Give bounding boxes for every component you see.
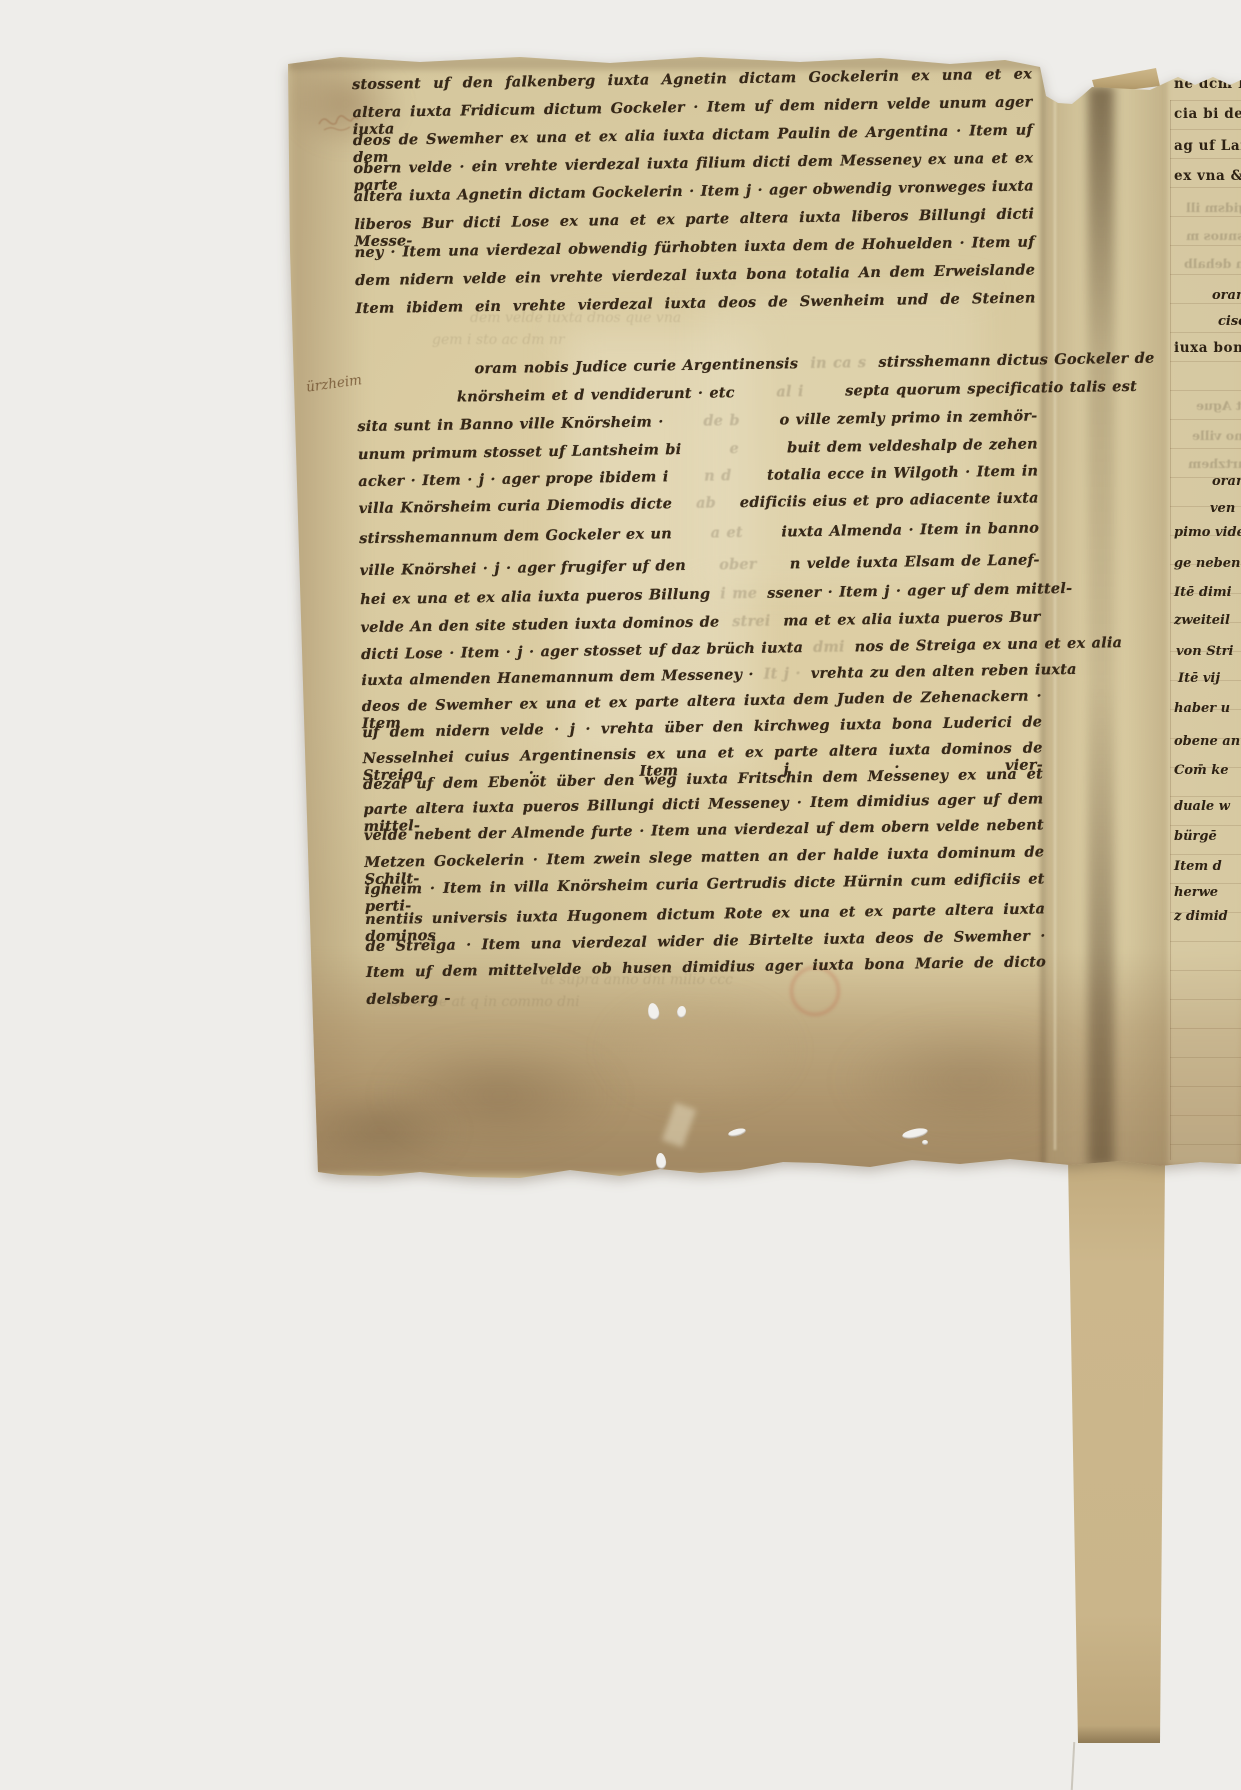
stain-blotch-1 (380, 1040, 620, 1150)
text-line: iuxta almenden Hanemannum dem Messeney ·… (361, 661, 1041, 689)
text-line: stossent uf den falkenberg iuxta Agnetin… (352, 65, 1032, 93)
adjacent-column-line: duale w (1174, 799, 1230, 814)
parchment-sheet: ürzheim dem velde iuxta dnos que vnagem … (0, 0, 1241, 1790)
adjacent-column-line: ge neben (1174, 556, 1240, 571)
adjacent-column-line: haber u (1174, 701, 1230, 716)
text-line: oram nobis Judice curie Argentinensisin … (356, 350, 1154, 380)
charter-text-block: stossent uf den falkenberg iuxta Agnetin… (352, 59, 1047, 1020)
faded-text-segment: n d (704, 467, 732, 484)
ghost-text-line: at Ague (1196, 398, 1241, 413)
faded-text-segment: i me (720, 585, 757, 603)
adjacent-column-line: obene an (1174, 734, 1240, 749)
adjacent-column-line: von Stri (1176, 644, 1233, 659)
fold-crease-highlight (1054, 90, 1056, 1150)
text-line: knörsheim et d vendiderunt · etcal isept… (357, 378, 1137, 407)
adjacent-column-line: ex vna & p (1174, 168, 1241, 184)
text-line: velde An den site studen iuxta dominos d… (360, 608, 1040, 636)
faded-text-segment: strei (732, 613, 770, 631)
adjacent-column-line: oram (1212, 474, 1241, 489)
ghost-text-line: bano ville (1192, 428, 1241, 443)
stain-blotch-3 (840, 1020, 1100, 1140)
text-line: dicti Lose · Item · j · ager stosset uf … (361, 635, 1041, 663)
faded-text-segment: in ca s (810, 354, 866, 372)
adjacent-column-line: z dimid (1174, 909, 1228, 924)
faded-text-segment: It j · (764, 665, 801, 683)
ghost-text-line: gidsm ill (1186, 200, 1241, 215)
adjacent-column-line: bürgē (1174, 829, 1217, 844)
manuscript-scan: ürzheim dem velde iuxta dnos que vnagem … (0, 0, 1241, 1790)
adjacent-column-line: Com̄ ke (1174, 763, 1229, 778)
faded-text-segment: ober (719, 556, 757, 574)
adjacent-column-line: Itē vij (1178, 671, 1220, 686)
stain-bottom-left-smudge (300, 1090, 460, 1170)
text-line: acker · Item · j · ager prope ibidem in … (358, 462, 1038, 490)
text-line: villa Knörsheim curia Diemodis dicteabed… (359, 489, 1039, 517)
adjacent-column-line: Item d (1174, 859, 1222, 874)
fold-dark-streak (1088, 86, 1114, 1166)
ghost-text-line: snuos m (1186, 228, 1241, 243)
ghost-text-line: ben dehalb (1184, 256, 1241, 271)
paragraph-1: stossent uf den falkenberg iuxta Agnetin… (352, 59, 1032, 70)
ghost-text-line: Gurtzhem (1188, 456, 1241, 471)
faded-text-segment: dmi (813, 638, 845, 655)
adjacent-column-line: oram (1212, 288, 1241, 303)
text-line: dem nidern velde ein vrehte vierdezal iu… (355, 261, 1035, 289)
adjacent-column-line: Itē dimi (1174, 585, 1232, 600)
adjacent-column-line: pimo vide (1174, 525, 1241, 540)
faded-text-segment: al i (776, 383, 804, 400)
text-line: ville Knörshei · j · ager frugifer uf de… (360, 551, 1040, 579)
light-wisp (662, 1102, 696, 1147)
adjacent-column-line: iuxa bona (1174, 340, 1241, 356)
adjacent-column-line: nē dcm̄ B (1174, 76, 1241, 92)
faded-text-segment: ab (696, 494, 716, 511)
faded-text-segment: e (729, 440, 739, 457)
text-line: Item uf dem mittelvelde ob husen dimidiu… (366, 953, 1046, 981)
text-line: sita sunt in Banno ville Knörsheim ·de b… (357, 407, 1037, 435)
parchment-shadow-wrap: ürzheim dem velde iuxta dnos que vnagem … (0, 0, 1241, 1790)
adjacent-column-line: cisc (1218, 314, 1241, 329)
adjacent-column-line: ag uf Lan (1174, 138, 1241, 154)
parchment-scratch (922, 1140, 928, 1145)
faded-text-segment: de b (703, 412, 740, 430)
text-line: stirsshemannum dem Gockeler ex una etiux… (359, 519, 1039, 547)
marginal-note: ürzheim (305, 372, 363, 396)
text-line: Item ibidem ein vrehte vierdezal iuxta d… (355, 289, 1035, 317)
adjacent-column-line: herwe (1174, 885, 1218, 900)
adjacent-column-line: zweiteil (1174, 613, 1230, 628)
faded-text-segment: a et (710, 524, 742, 542)
fold-panel (1046, 60, 1168, 1165)
text-line: unum primum stosset uf Lantsheim biebuit… (358, 435, 1038, 463)
adjacent-column-line: ven (1210, 501, 1235, 516)
adjacent-column-line: cia bi dem (1174, 106, 1241, 122)
text-line: delsberg - (366, 980, 1046, 1008)
text-line: hei ex una et ex alia iuxta pueros Billu… (360, 580, 1040, 608)
